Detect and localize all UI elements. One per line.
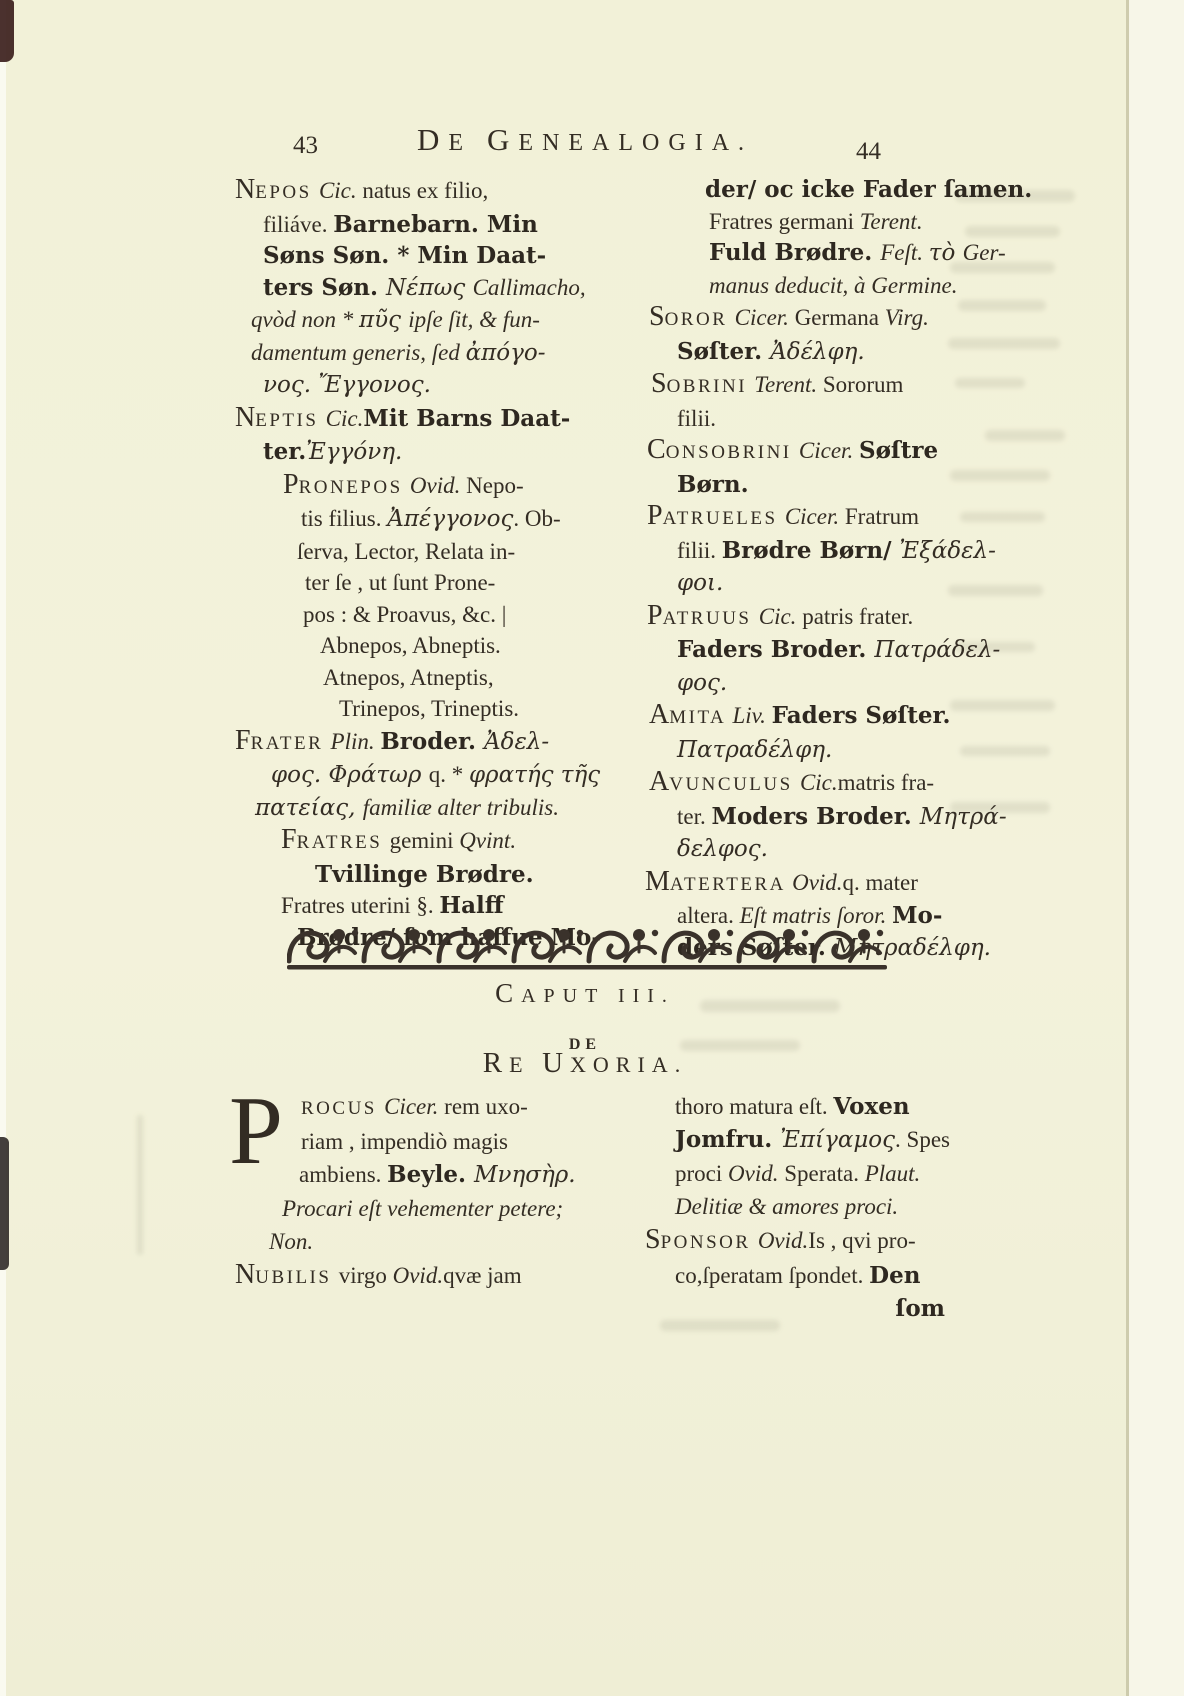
text-run: E — [509, 1052, 542, 1077]
text-run: Mit Barns Daat- — [363, 405, 570, 432]
text-run: Νέπως — [386, 275, 473, 301]
text-run: Πατράδελ- — [874, 637, 1000, 663]
text-run: S — [649, 301, 665, 332]
text-run: ſom — [895, 1295, 945, 1322]
text-run: q. * — [429, 762, 469, 787]
showthrough-smudge — [948, 585, 1043, 596]
showthrough-smudge — [958, 300, 1046, 311]
text-run: Mo- — [892, 902, 942, 929]
text-run: ſerva, Lector, Relata in- — [297, 539, 515, 564]
text-run: Procari eſt vehementer petere; — [282, 1196, 563, 1221]
text-run: Is , qvi pro- — [808, 1228, 915, 1253]
text-run: Virg. — [885, 305, 929, 330]
text-line: SPONSOR Ovid.Is , qvi pro- — [645, 1223, 945, 1259]
text-run: manus deducit, à Germine. — [709, 273, 958, 298]
text-run: EPTIS — [255, 410, 325, 431]
text-line: φος. — [645, 667, 950, 700]
showthrough-smudge — [955, 378, 1025, 388]
text-run: Μνησὴρ. — [474, 1162, 576, 1188]
text-run: Ovid. — [792, 870, 842, 895]
text-line: Børn. — [645, 469, 950, 501]
text-run: ENEALOGIA. — [518, 130, 753, 156]
text-line: co,ſperatam ſpondet. Den — [645, 1259, 945, 1292]
text-run: Cicer. — [785, 504, 845, 529]
text-line: ſom — [645, 1292, 945, 1325]
text-run: F — [235, 725, 251, 756]
text-run: Non. — [269, 1229, 313, 1254]
text-run: φρατής τῆς — [469, 762, 600, 788]
text-run: A — [649, 699, 669, 730]
text-run: Ἀπέγγονος — [387, 506, 513, 532]
text-line: Faders Broder. Πατράδελ- — [645, 634, 950, 667]
text-line: ter. Moders Broder. Μητρά- — [645, 801, 950, 834]
text-run: familiæ alter tribulis. — [363, 795, 559, 820]
text-line: CONSOBRINI Cicer. Søſtre — [645, 434, 950, 469]
text-line: ſerva, Lector, Relata in- — [235, 536, 635, 568]
text-run: Germana — [795, 305, 885, 330]
text-run: Ἐπίγαμος — [780, 1127, 895, 1153]
text-run: Callimacho, — [473, 275, 586, 300]
text-line: Jomfru. Ἐπίγαμος. Spes — [645, 1123, 945, 1157]
text-run: Plaut. — [865, 1161, 921, 1186]
text-run: P — [283, 469, 299, 500]
text-run: Søſtre — [859, 437, 938, 464]
text-run: Ἀδελ- — [484, 729, 549, 755]
ornament-band — [287, 921, 887, 978]
text-run: F — [281, 824, 297, 855]
scan-artifact — [0, 1137, 9, 1270]
text-line: Søſter. Ἀδέλφη. — [645, 336, 950, 369]
text-run: VUNCULUS — [669, 774, 800, 795]
text-run: Terent. — [860, 209, 923, 234]
text-run: Ger- — [963, 240, 1006, 265]
text-line: riam , impendiò magis — [235, 1125, 635, 1158]
text-run: Moders Broder. — [712, 803, 920, 830]
text-run: qvæ jam — [443, 1263, 522, 1288]
text-run: tis filius. — [301, 506, 387, 531]
text-run: Delitiæ & amores proci. — [675, 1194, 898, 1219]
text-run: Abnepos, Abneptis. — [320, 633, 501, 658]
text-run: Μητρά- — [920, 804, 1007, 830]
text-run: Cic. — [319, 178, 357, 203]
text-run: gemini — [390, 828, 460, 853]
text-run: co,ſperatam ſpondet. — [675, 1263, 869, 1288]
text-run: Cicer. — [735, 305, 795, 330]
text-run: ter. — [677, 804, 712, 829]
text-run: APUT III. — [521, 985, 675, 1007]
text-line: ROCUS Cicer. rem uxo- — [235, 1090, 635, 1125]
text-run: S — [645, 1224, 661, 1255]
chapter-heading: CAPUT III. — [235, 978, 935, 1013]
text-run: Fratrum — [845, 504, 919, 529]
text-run: Terent. — [754, 372, 823, 397]
text-run: Fratres uterini §. — [281, 893, 439, 918]
text-run: OROR — [665, 309, 735, 330]
running-head-title: DE GENEALOGIA. — [235, 124, 935, 160]
text-run: Børn. — [677, 471, 749, 498]
text-run: Feſt. — [880, 240, 929, 265]
text-run: XORIA. — [570, 1052, 687, 1077]
text-line: CAPUT III. — [235, 978, 935, 1013]
text-run: ter. — [263, 438, 306, 465]
text-line: filiáve. Barnebarn. Min — [235, 209, 635, 241]
text-run: ambiens. — [299, 1162, 387, 1187]
text-line: Trinepos, Trineptis. — [235, 693, 635, 725]
chapter-title: RE UXORIA. — [235, 1048, 935, 1081]
text-run: M — [645, 866, 670, 897]
text-run: Trinepos, Trineptis. — [339, 696, 519, 721]
text-run: Ovid. — [728, 1161, 784, 1186]
text-run: Den — [869, 1262, 920, 1289]
text-run: ONSOBRINI — [666, 442, 799, 463]
text-run: rem uxo- — [444, 1094, 528, 1119]
text-run: Ovid. — [393, 1263, 443, 1288]
text-run: φος. Φράτωρ — [271, 762, 429, 788]
text-line: ter.Ἐγγόνη. — [235, 436, 635, 469]
text-run: ter ſe , ut ſunt Prone- — [305, 570, 495, 595]
text-run: . Ob- — [513, 506, 560, 531]
text-run: thoro matura eſt. — [675, 1094, 833, 1119]
showthrough-smudge — [960, 746, 1050, 756]
text-run: Liv. — [732, 703, 771, 728]
text-run: Barnebarn. Min — [333, 211, 538, 238]
text-line: Fratres germani Terent. — [645, 206, 950, 238]
text-run: φοι. — [677, 570, 723, 596]
text-line: PATRUUS Cic. patris frater. — [645, 600, 950, 635]
text-run: Ἐξάδελ- — [900, 538, 996, 564]
text-run: Cic. — [800, 770, 838, 795]
text-run: P — [647, 500, 663, 531]
text-line: Fratres uterini §. Halff — [235, 890, 635, 922]
text-line: NEPOS Cic. natus ex filio, — [235, 174, 635, 209]
text-run: . Spes — [895, 1127, 950, 1152]
text-line: manus deducit, à Germine. — [645, 270, 950, 302]
text-run: ROCUS — [301, 1098, 384, 1119]
showthrough-smudge — [948, 338, 1060, 349]
text-run: RATER — [251, 733, 331, 754]
text-line: ters Søn. Νέπως Callimacho, — [235, 272, 635, 305]
text-run: MITA — [669, 707, 732, 728]
text-run: filiáve. — [263, 212, 333, 237]
text-run: RATRES — [297, 832, 390, 853]
scanned-book-page: 43 DE GENEALOGIA. 44 NEPOS Cic. natus ex… — [0, 0, 1184, 1696]
text-run: Søns Søn. * Min Daat- — [263, 242, 546, 269]
text-run: filii. — [677, 538, 722, 563]
text-run: Fratres germani — [709, 209, 860, 234]
text-run: proci — [675, 1161, 728, 1186]
text-run: PONSOR — [661, 1232, 758, 1253]
text-line: MATERTERA Ovid.q. mater — [645, 866, 950, 901]
text-run: Cicer. — [799, 438, 859, 463]
text-run: Halff — [439, 892, 503, 919]
text-line: der/ oc icke Fader ſamen. — [645, 174, 950, 206]
text-line: qvòd non * πῦς ipſe ſit, & fun- — [235, 304, 635, 337]
text-run: EPOS — [255, 182, 319, 203]
showthrough-smudge — [965, 226, 1060, 237]
text-line: filii. — [645, 403, 950, 435]
text-line: Delitiæ & amores proci. — [645, 1190, 945, 1223]
text-run: Sororum — [823, 372, 904, 397]
text-line: Fuld Brødre. Feſt. τὸ Ger- — [645, 237, 950, 270]
text-run: Søſter. — [677, 338, 770, 365]
text-run: δελφος. — [677, 836, 768, 862]
text-run: Broder. — [380, 728, 484, 755]
text-line: Atnepos, Atneptis, — [235, 662, 635, 694]
showthrough-smudge — [137, 1115, 143, 1255]
text-line: Tvillinge Brødre. — [235, 859, 635, 891]
text-run: Cic. — [326, 406, 364, 431]
lower-left-column: ROCUS Cicer. rem uxo-riam , impendiò mag… — [235, 1090, 635, 1294]
text-run: filii. — [677, 406, 716, 431]
text-run: damentum generis, ſed — [251, 340, 466, 365]
text-run: matris fra- — [838, 770, 934, 795]
text-run: Voxen — [833, 1093, 909, 1120]
text-run: S — [651, 368, 667, 399]
text-run: φος. — [677, 670, 727, 696]
text-run: ἀπόγο- — [466, 340, 546, 366]
text-run: P — [647, 600, 663, 631]
scan-edge-strip — [0, 0, 6, 1696]
text-line: Abnepos, Abneptis. — [235, 630, 635, 662]
text-line: tis filius. Ἀπέγγονος. Ob- — [235, 503, 635, 536]
text-run: Faders Søſter. — [772, 702, 951, 729]
text-run: C — [495, 978, 521, 1008]
text-line: filii. Brødre Børn/ Ἐξάδελ- — [645, 535, 950, 568]
text-run: UBILIS — [255, 1267, 338, 1288]
text-run: Ἐγγόνη. — [306, 439, 402, 465]
text-line: PRONEPOS Ovid. Nepo- — [235, 469, 635, 504]
text-run: virgo — [339, 1263, 393, 1288]
text-run: N — [235, 1259, 255, 1290]
text-run: E — [448, 130, 487, 156]
floral-ornament-icon — [287, 921, 887, 973]
text-run: D — [417, 122, 448, 157]
text-run: riam , impendiò magis — [301, 1129, 508, 1154]
text-run: Ovid. — [410, 473, 460, 498]
text-run: U — [542, 1047, 570, 1079]
text-line: DE GENEALOGIA. — [235, 124, 935, 160]
text-run: πατείας, — [255, 795, 363, 821]
text-run: τὸ — [929, 240, 963, 266]
text-line: FRATRES gemini Qvint. — [235, 824, 635, 859]
text-run: Ovid. — [758, 1228, 808, 1253]
text-line: SOBRINI Terent. Sororum — [645, 368, 950, 403]
text-run: Jomfru. — [675, 1126, 780, 1153]
showthrough-smudge — [950, 470, 1050, 481]
text-line: Procari eſt vehementer petere; — [235, 1192, 635, 1225]
text-run: q. mater — [843, 870, 918, 895]
text-line: Non. — [235, 1225, 635, 1258]
text-run: Atnepos, Atneptis, — [323, 665, 494, 690]
text-run: Sperata. — [784, 1161, 864, 1186]
text-run: Cic. — [759, 604, 802, 629]
text-run: qvòd non * — [251, 307, 359, 332]
text-run: Nepo- — [460, 473, 523, 498]
upper-left-column: NEPOS Cic. natus ex filio,filiáve. Barne… — [235, 174, 635, 953]
text-run: ipſe ſit, & fun- — [408, 307, 540, 332]
text-run: Ἀδέλφη. — [770, 339, 865, 365]
text-line: φοι. — [645, 567, 950, 600]
text-run: Cicer. — [384, 1094, 444, 1119]
page-number-right: 44 — [856, 138, 881, 166]
text-line: ter ſe , ut ſunt Prone- — [235, 567, 635, 599]
text-line: thoro matura eſt. Voxen — [645, 1090, 945, 1123]
text-line: ambiens. Beyle. Μνησὴρ. — [235, 1158, 635, 1192]
scan-artifact — [0, 0, 14, 62]
text-line: Πατραδέλφη. — [645, 734, 950, 767]
text-line: πατείας, familiæ alter tribulis. — [235, 792, 635, 825]
text-line: pos : & Proavus, &c. | — [235, 599, 635, 631]
page-edge-line — [1126, 0, 1129, 1696]
text-run: A — [649, 766, 669, 797]
text-line: proci Ovid. Sperata. Plaut. — [645, 1157, 945, 1190]
text-run: Πατραδέλφη. — [677, 737, 832, 763]
text-run: Qvint. — [459, 828, 516, 853]
text-line: SOROR Cicer. Germana Virg. — [645, 301, 950, 336]
text-run: Brødre Børn/ — [722, 537, 900, 564]
text-run: patris frater. — [802, 604, 913, 629]
text-run: N — [235, 174, 255, 205]
upper-right-column: der/ oc icke Fader ſamen.Fratres germani… — [645, 174, 950, 964]
text-line: damentum generis, ſed ἀπόγο- — [235, 337, 635, 370]
text-line: NUBILIS virgo Ovid.qvæ jam — [235, 1258, 635, 1294]
text-run: G — [487, 122, 518, 157]
text-run: RONEPOS — [299, 477, 410, 498]
text-run: N — [235, 402, 255, 433]
text-run: natus ex filio, — [357, 178, 489, 203]
text-line: δελφος. — [645, 833, 950, 866]
lower-right-column: thoro matura eſt. VoxenJomfru. Ἐπίγαμος.… — [645, 1090, 945, 1325]
text-run: νος. Ἔγγονος. — [263, 372, 431, 398]
text-run: OBRINI — [667, 376, 755, 397]
text-line: νος. Ἔγγονος. — [235, 369, 635, 402]
text-run: Fuld Brødre. — [709, 239, 880, 266]
text-line: φος. Φράτωρ q. * φρατής τῆς — [235, 759, 635, 792]
text-run: Tvillinge Brødre. — [315, 861, 534, 888]
text-run: Faders Broder. — [677, 636, 874, 663]
text-line: NEPTIS Cic.Mit Barns Daat- — [235, 402, 635, 437]
text-run: ATRUELES — [663, 508, 785, 529]
text-line: Søns Søn. * Min Daat- — [235, 240, 635, 272]
text-run: πῦς — [359, 307, 408, 333]
text-run: ATERTERA — [670, 874, 792, 895]
text-run: der/ oc icke Fader ſamen. — [705, 176, 1032, 203]
text-run: Plin. — [331, 729, 381, 754]
text-run: ters Søn. — [263, 274, 386, 301]
text-line: AMITA Liv. Faders Søſter. — [645, 699, 950, 734]
text-line: PATRUELES Cicer. Fratrum — [645, 500, 950, 535]
showthrough-smudge — [985, 430, 1065, 441]
text-run: C — [647, 434, 666, 465]
page-edge-margin — [1129, 0, 1184, 1696]
text-run: Beyle. — [387, 1161, 474, 1188]
text-line: AVUNCULUS Cic.matris fra- — [645, 766, 950, 801]
text-line: FRATER Plin. Broder. Ἀδελ- — [235, 725, 635, 760]
showthrough-smudge — [950, 700, 1055, 711]
text-run: R — [483, 1047, 509, 1079]
text-line: RE UXORIA. — [235, 1048, 935, 1081]
text-run: ATRUUS — [663, 608, 759, 629]
showthrough-smudge — [960, 512, 1045, 522]
text-run: pos : & Proavus, &c. | — [303, 602, 506, 627]
